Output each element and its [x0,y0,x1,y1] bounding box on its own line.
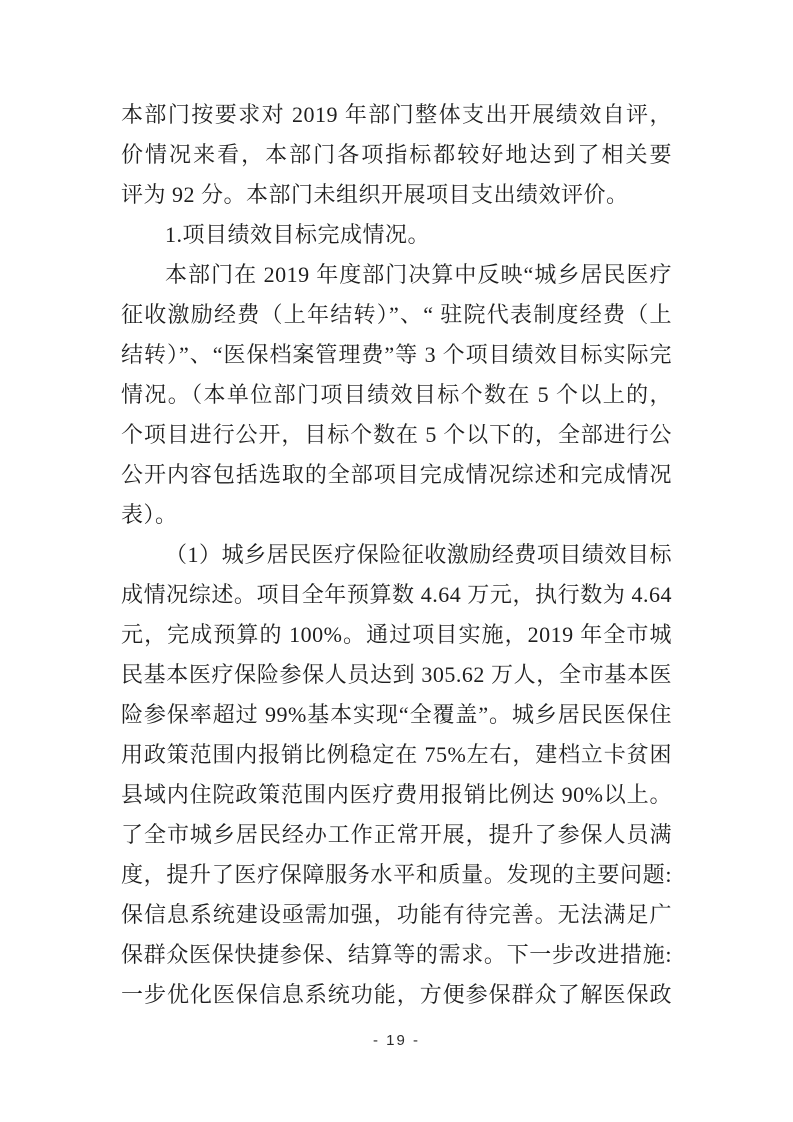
text-line: 用政策范围内报销比例稳定在 75%左右，建档立卡贫困人口 [121,735,672,775]
text-line: 度，提升了医疗保障服务水平和质量。发现的主要问题: 医 [121,855,672,895]
text-line: 一步优化医保信息系统功能，方便参保群众了解医保政策， [121,975,672,1015]
text-line: 个项目进行公开，目标个数在 5 个以下的，全部进行公开， [121,415,672,455]
document-page: 本部门按要求对 2019 年部门整体支出开展绩效自评，从评 价情况来看，本部门各… [0,0,793,1122]
document-body-text: 本部门按要求对 2019 年部门整体支出开展绩效自评，从评 价情况来看，本部门各… [121,95,672,1015]
text-line: 评为 92 分。本部门未组织开展项目支出绩效评价。 [121,175,672,215]
text-line: 结转）”、“医保档案管理费”等 3 个项目绩效目标实际完成 [121,335,672,375]
text-line: （1）城乡居民医疗保险征收激励经费项目绩效目标完 [121,535,672,575]
text-line: 征收激励经费（上年结转）”、“ 驻院代表制度经费（上年 [121,295,672,335]
text-line: 保信息系统建设亟需加强，功能有待完善。无法满足广大参 [121,895,672,935]
text-line: 表）。 [121,495,672,535]
page-number: - 19 - [0,1032,793,1049]
text-line: 公开内容包括选取的全部项目完成情况综述和完成情况 [121,455,672,495]
text-line: 保群众医保快捷参保、结算等的需求。下一步改进措施: 进 [121,935,672,975]
text-line: 县域内住院政策范围内医疗费用报销比例达 90%以上。确保 [121,775,672,815]
text-line: 元，完成预算的 100%。通过项目实施，2019 年全市城乡居 [121,615,672,655]
text-line: 本部门在 2019 年度部门决算中反映“城乡居民医疗保险 [121,255,672,295]
text-line: 成情况综述。项目全年预算数 4.64 万元，执行数为 4.64 万 [121,575,672,615]
text-line: 了全市城乡居民经办工作正常开展，提升了参保人员满意 [121,815,672,855]
text-line: 本部门按要求对 2019 年部门整体支出开展绩效自评，从评 [121,95,672,135]
text-line: 险参保率超过 99%基本实现“全覆盖”。城乡居民医保住院费 [121,695,672,735]
text-line: 1.项目绩效目标完成情况。 [121,215,672,255]
text-line: 民基本医疗保险参保人员达到 305.62 万人，全市基本医疗保 [121,655,672,695]
text-line: 价情况来看，本部门各项指标都较好地达到了相关要求，自 [121,135,672,175]
text-line: 情况。（本单位部门项目绩效目标个数在 5 个以上的，选取 5 [121,375,672,415]
